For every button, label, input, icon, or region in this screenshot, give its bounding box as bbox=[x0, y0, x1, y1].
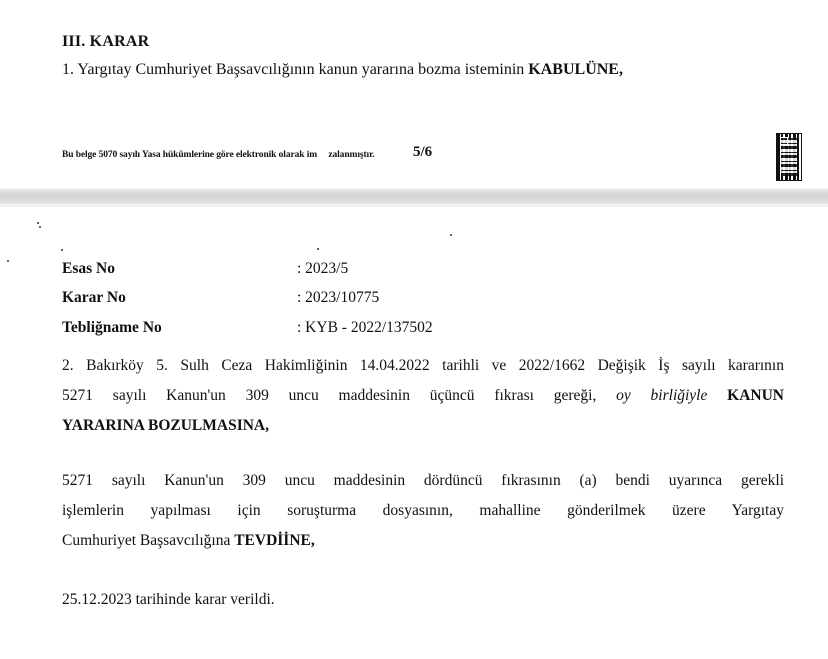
case-metadata: Esas No : 2023/5 Karar No : 2023/10775 T… bbox=[62, 254, 433, 343]
page-number: 5/6 bbox=[413, 144, 432, 161]
decision-item-2: 2. Bakırköy 5. Sulh Ceza Hakimliğinin 14… bbox=[62, 351, 784, 441]
decision-item-3-line-3: Cumhuriyet Başsavcılığına TEVDİİNE, bbox=[62, 526, 784, 556]
decision-item-2-line-1: 2. Bakırköy 5. Sulh Ceza Hakimliğinin 14… bbox=[62, 351, 784, 381]
decision-item-3-line-1: 5271 sayılı Kanun'un 309 uncu maddesinin… bbox=[62, 466, 784, 496]
scan-speck bbox=[450, 234, 452, 236]
document-page-5: III. KARAR 1. Yargıtay Cumhuriyet Başsav… bbox=[0, 0, 828, 188]
meta-row-tebligname-no: Tebliğname No : KYB - 2022/137502 bbox=[62, 313, 433, 343]
scan-speck bbox=[317, 248, 319, 250]
decision-item-2-line-2: 5271 sayılı Kanun'un 309 uncu maddesinin… bbox=[62, 381, 784, 411]
section-heading: III. KARAR bbox=[62, 33, 149, 51]
scan-speck bbox=[39, 226, 41, 228]
meta-row-esas-no: Esas No : 2023/5 bbox=[62, 254, 433, 284]
e-signature-note: Bu belge 5070 sayılı Yasa hükümlerine gö… bbox=[62, 150, 375, 160]
decision-item-1-text: 1. Yargıtay Cumhuriyet Başsavcılığının k… bbox=[62, 61, 528, 78]
meta-row-karar-no: Karar No : 2023/10775 bbox=[62, 284, 433, 314]
decision-item-3: 5271 sayılı Kanun'un 309 uncu maddesinin… bbox=[62, 466, 784, 556]
qr-code-icon bbox=[776, 133, 802, 181]
page-break-separator bbox=[0, 188, 828, 204]
decision-item-1: 1. Yargıtay Cumhuriyet Başsavcılığının k… bbox=[62, 61, 623, 79]
decision-date-statement: 25.12.2023 tarihinde karar verildi. bbox=[62, 591, 275, 609]
scan-speck bbox=[37, 222, 39, 224]
decision-item-2-verdict: YARARINA BOZULMASINA, bbox=[62, 411, 784, 441]
decision-item-1-verdict: KABULÜNE, bbox=[528, 61, 623, 78]
scan-speck bbox=[61, 249, 63, 251]
scan-speck bbox=[7, 260, 9, 262]
decision-item-3-line-2: işlemlerin yapılması için soruşturma dos… bbox=[62, 496, 784, 526]
